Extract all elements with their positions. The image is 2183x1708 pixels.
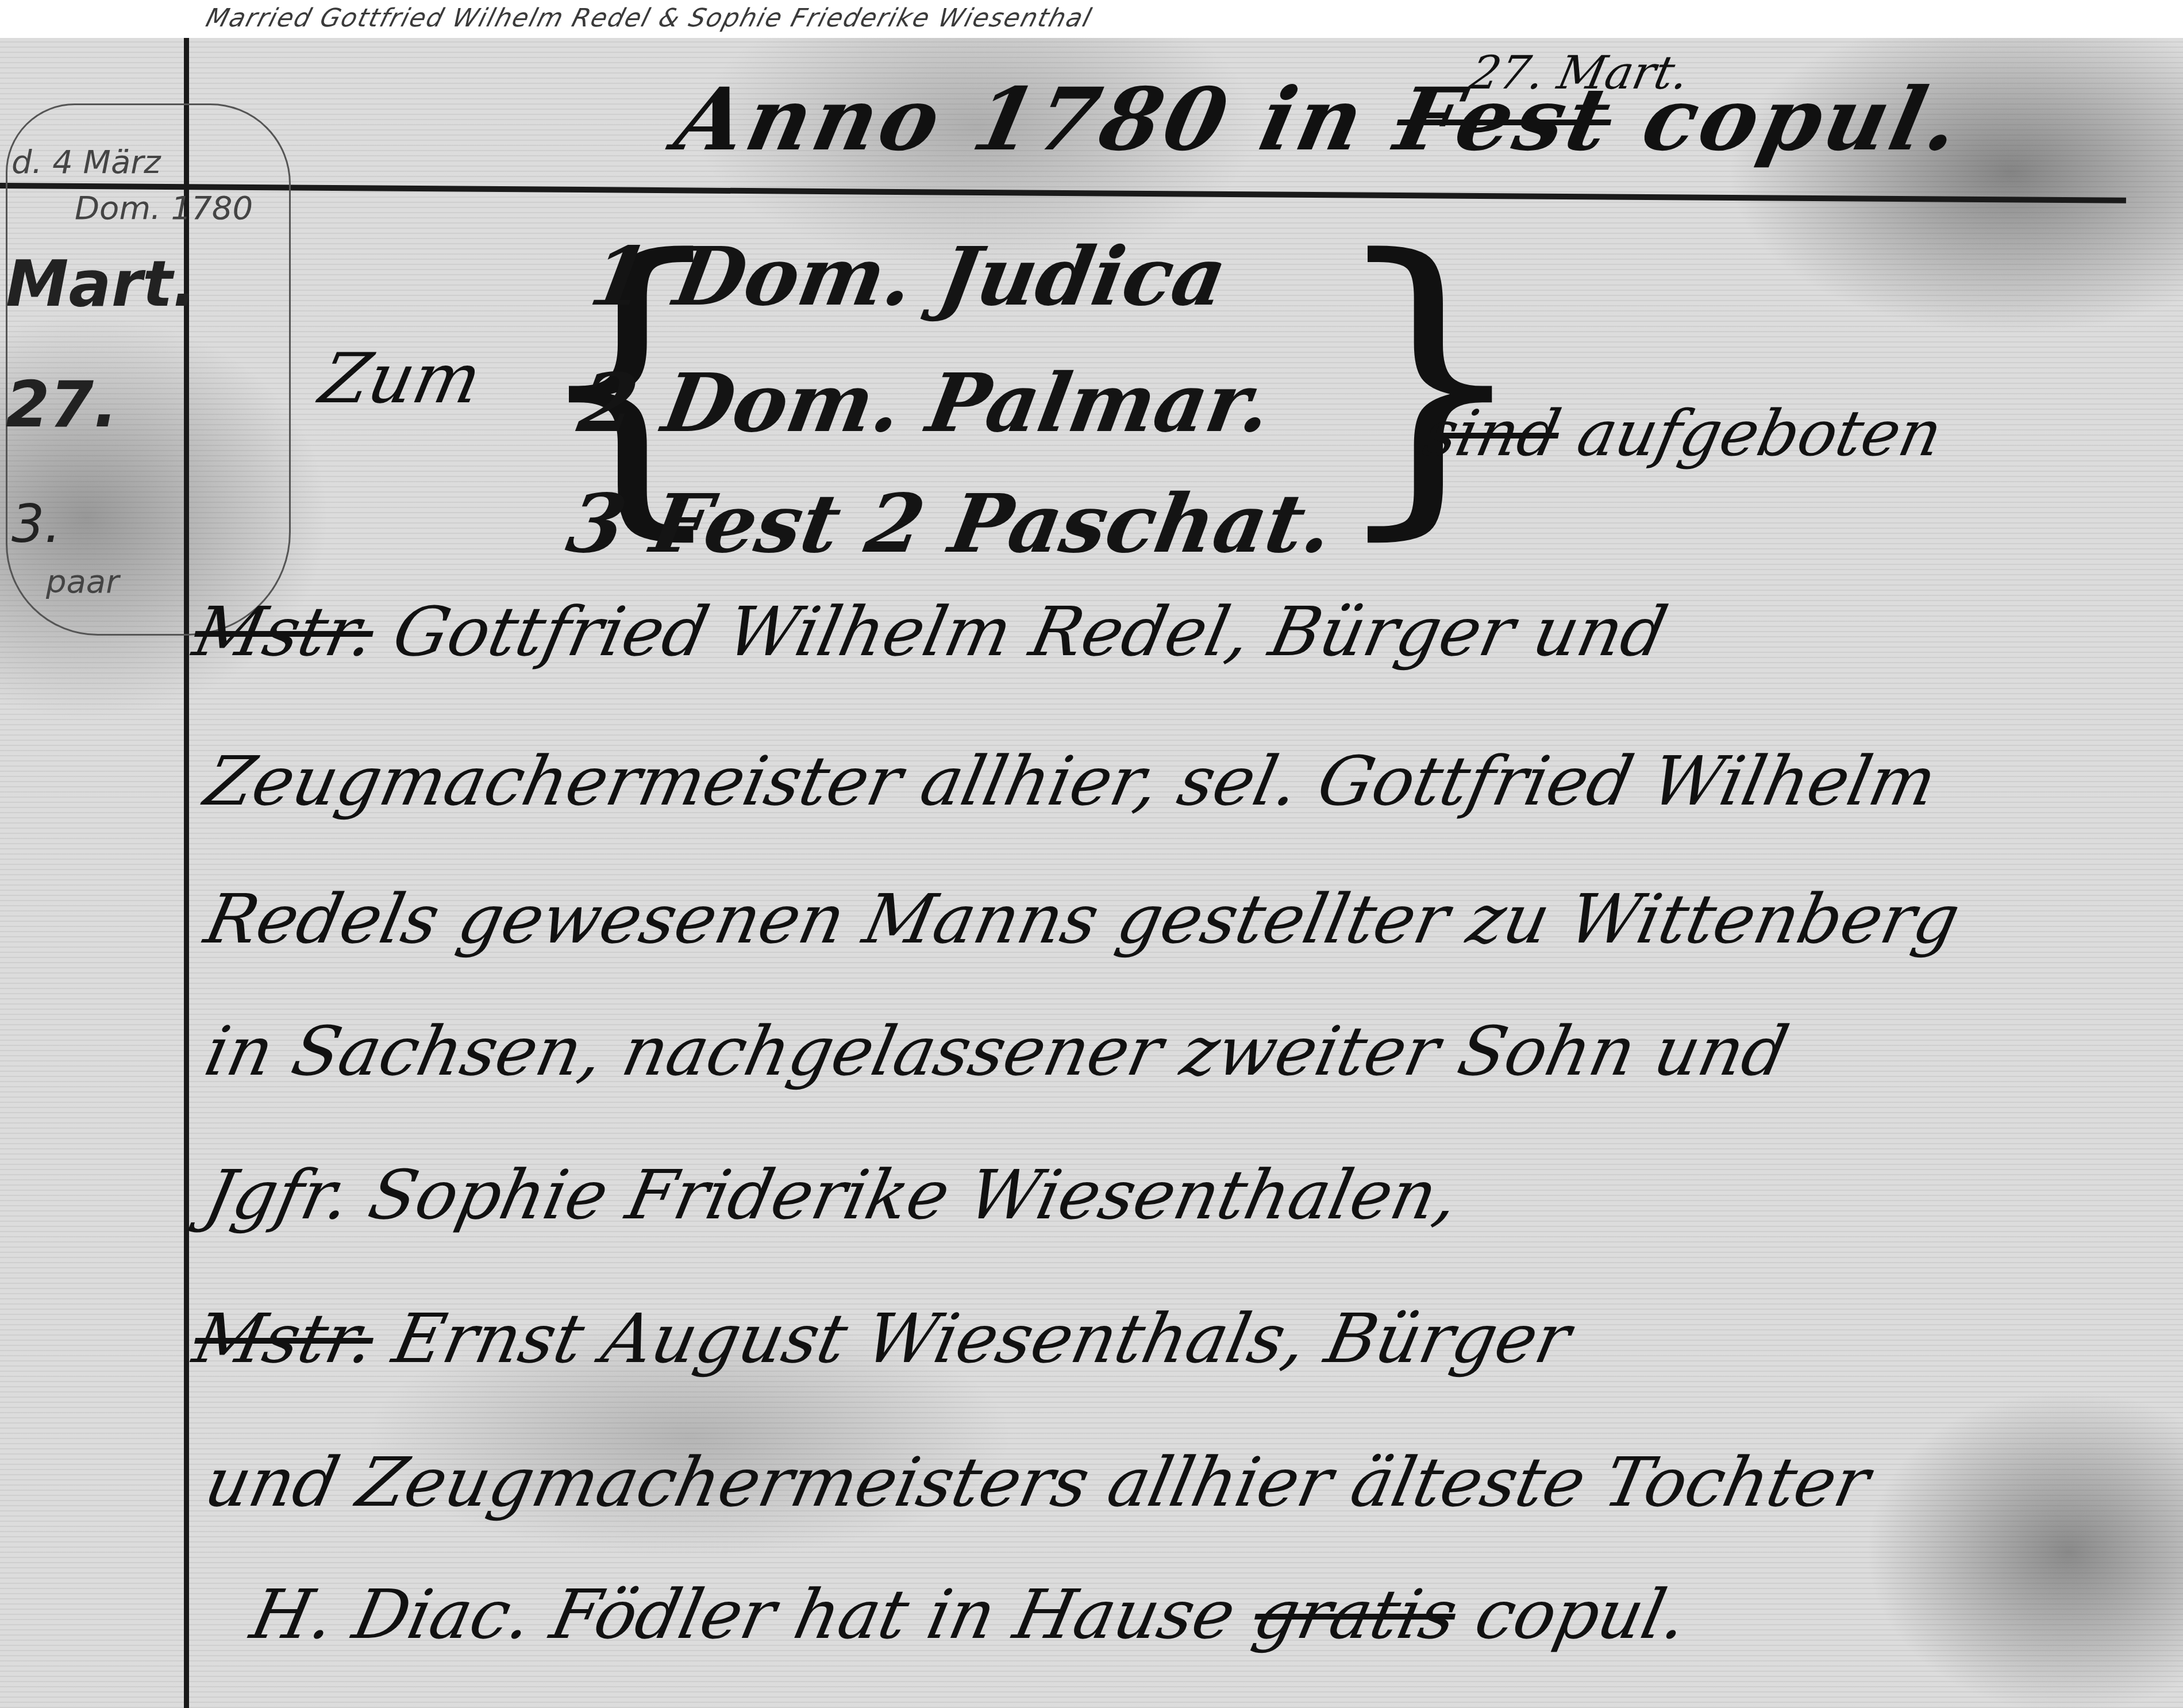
banns-item-2: 2 Dom. Palmar.: [572, 356, 1279, 451]
banns-item-1: 1 Dom. Judica: [584, 230, 1234, 324]
title-insertion-date: 27. Mart.: [1465, 46, 1694, 99]
document-page: Married Gottfried Wilhelm Redel & Sophie…: [0, 0, 2183, 1708]
entry-line-3: Redels gewesenen Manns gestellter zu Wit…: [198, 879, 1966, 959]
entry-title: Anno 1780 in Fest copul.: [667, 69, 1972, 170]
entry-line-6: Mstr. Ernst August Wiesenthals, Bürger: [187, 1299, 1577, 1378]
banns-item-3: 3 Fest 2 Paschat.: [561, 477, 1340, 571]
right-brace-icon: }: [1327, 218, 1532, 540]
entry-line-7: und Zeugmachermeisters allhier älteste T…: [198, 1442, 1876, 1522]
margin-pencil-note-1: d. 4 März: [11, 144, 161, 181]
banns-intro: Zum: [313, 339, 488, 419]
margin-ink-number: 3.: [11, 494, 61, 555]
entry-line-2: Zeugmachermeister allhier, sel. Gottfrie…: [198, 741, 1943, 821]
pencil-annotation-top: Married Gottfried Wilhelm Redel & Sophie…: [203, 3, 1095, 33]
top-margin-strip: Married Gottfried Wilhelm Redel & Sophie…: [0, 0, 2183, 38]
entry-line-8: H. Diac. Födler hat in Hause gratis copu…: [244, 1575, 1695, 1654]
entry-line-1: Mstr. Gottfried Wilhelm Redel, Bürger un…: [187, 592, 1674, 671]
entry-line-4: in Sachsen, nachgelassener zweiter Sohn …: [198, 1011, 1795, 1091]
entry-line-5: Jgfr. Sophie Friderike Wiesenthalen,: [198, 1155, 1465, 1234]
header-rule-line: [0, 183, 2126, 203]
banns-conclusion: sind aufgeboten: [1417, 397, 1949, 470]
margin-pencil-note-3: paar: [46, 563, 119, 601]
margin-ink-day: 27.: [6, 368, 118, 441]
margin-pencil-note-2: Dom. 1780: [75, 190, 253, 227]
title-prefix: Anno 1780 in: [667, 69, 1375, 170]
margin-ink-month: Mart.: [6, 247, 197, 321]
